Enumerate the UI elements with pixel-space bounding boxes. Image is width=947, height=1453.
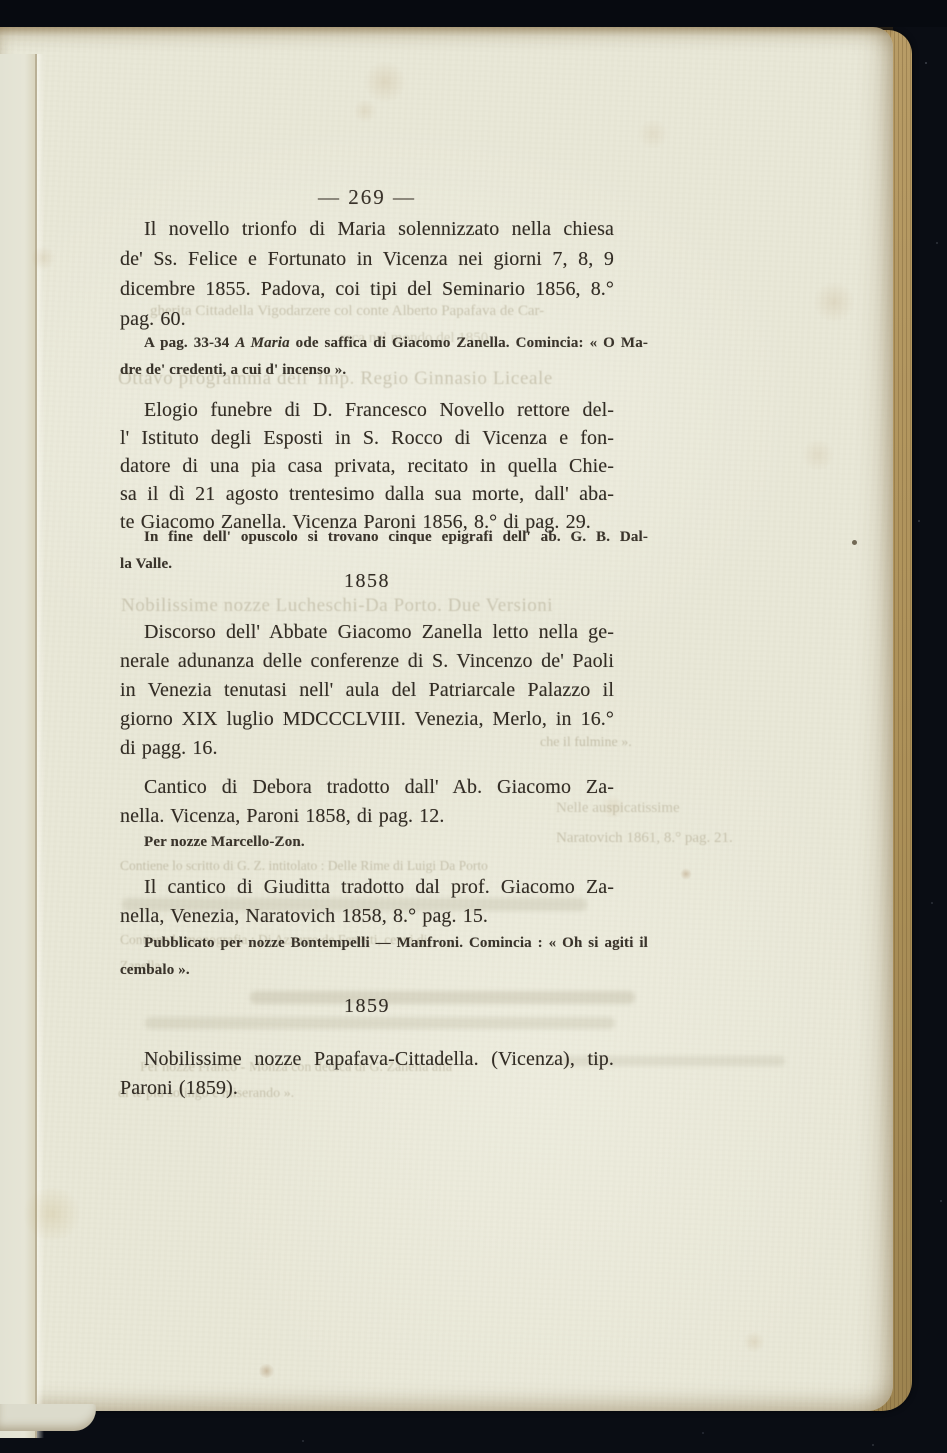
scan-canvas: gherita Cittadella Vigodarzere col conte… (0, 0, 947, 1453)
paper-stain (352, 100, 378, 122)
body-text-line: Cantico di Debora tradotto dall' Ab. Gia… (120, 773, 614, 802)
showthrough-text: Nobilissime nozze Lucheschi-Da Porto. Du… (121, 595, 553, 617)
body-text-line: dicembre 1855. Padova, coi tipi del Semi… (120, 274, 614, 304)
paper-stain (20, 1188, 84, 1240)
note-text-line: In fine dell' opuscolo si trovano cinque… (120, 524, 648, 551)
paper-stain (680, 868, 692, 880)
entry-elogio-funebre: Elogio funebre di D. Francesco Novello r… (120, 396, 614, 536)
scan-top-border (0, 0, 947, 27)
entry-discorso: Discorso dell' Abbate Giacomo Zanella le… (120, 618, 614, 763)
note-text: A pag. 33-34 (144, 335, 235, 351)
note-marcello-zon: Per nozze Marcello-Zon. (120, 829, 648, 856)
note-a-maria: A pag. 33-34 A Maria ode saffica di Giac… (120, 330, 648, 384)
year-heading-1858: 1858 (120, 570, 614, 593)
body-text-line: Discorso dell' Abbate Giacomo Zanella le… (120, 618, 614, 647)
note-text-line: A pag. 33-34 A Maria ode saffica di Giac… (120, 330, 648, 357)
paper-stain (800, 440, 836, 470)
page-number: — 269 — (120, 185, 614, 210)
entry-trionfo-di-maria: Il novello trionfo di Maria solennizzato… (120, 214, 614, 334)
note-bontempelli: Pubblicato per nozze Bontempelli — Manfr… (120, 930, 648, 984)
note-text-line: Pubblicato per nozze Bontempelli — Manfr… (120, 930, 648, 957)
paper-stain (30, 246, 56, 270)
body-text-line: l' Istituto degli Esposti in S. Rocco di… (120, 424, 614, 452)
paper-stain (742, 1332, 766, 1352)
entry-cantico-giuditta: Il cantico di Giuditta tradotto dal prof… (120, 873, 614, 931)
body-text-line: Nobilissime nozze Papafava-Cittadella. (… (120, 1045, 614, 1074)
ink-smudge (145, 1017, 615, 1029)
paper-stain (258, 1364, 275, 1378)
body-text-line: Il cantico di Giuditta tradotto dal prof… (120, 873, 614, 902)
paper-stain (636, 120, 670, 148)
body-text-line: datore di una pia casa privata, recitato… (120, 452, 614, 480)
body-text-line: de' Ss. Felice e Fortunato in Vicenza ne… (120, 244, 614, 274)
page-corner-flap (0, 1404, 96, 1431)
note-text: ode saffica di Giacomo Zanella. Comincia… (290, 335, 648, 351)
page-top-toning (0, 27, 893, 36)
paper-stain (362, 62, 408, 102)
body-text-line: Il novello trionfo di Maria solennizzato… (120, 214, 614, 244)
year-heading-1859: 1859 (120, 995, 614, 1018)
body-text-line: sa il dì 21 agosto trentesimo dalla sua … (120, 480, 614, 508)
body-text-line: Elogio funebre di D. Francesco Novello r… (120, 396, 614, 424)
note-text-line: cembalo ». (120, 957, 648, 984)
entry-cantico-debora: Cantico di Debora tradotto dall' Ab. Gia… (120, 773, 614, 831)
note-text-line: dre de' credenti, a cui d' incenso ». (120, 357, 648, 384)
work-title-italic: A Maria (235, 335, 289, 351)
body-text-line: Paroni (1859). (120, 1074, 614, 1103)
body-text-line: nella. Vicenza, Paroni 1858, di pag. 12. (120, 802, 614, 831)
note-text-line: Per nozze Marcello-Zon. (120, 829, 648, 856)
body-text-line: giorno XIX luglio MDCCCLVIII. Venezia, M… (120, 705, 614, 734)
body-text-line: nerale adunanza delle conferenze di S. V… (120, 647, 614, 676)
paper-stain (812, 282, 856, 322)
ink-speck (852, 540, 857, 545)
showthrough-text: Contiene lo scritto di G. Z. intitolato … (120, 858, 488, 874)
body-text-line: di pagg. 16. (120, 734, 614, 763)
body-text-line: nella, Venezia, Naratovich 1858, 8.° pag… (120, 902, 614, 931)
entry-nozze-papafava: Nobilissime nozze Papafava-Cittadella. (… (120, 1045, 614, 1103)
body-text-line: in Venezia tenutasi nell' aula del Patri… (120, 676, 614, 705)
